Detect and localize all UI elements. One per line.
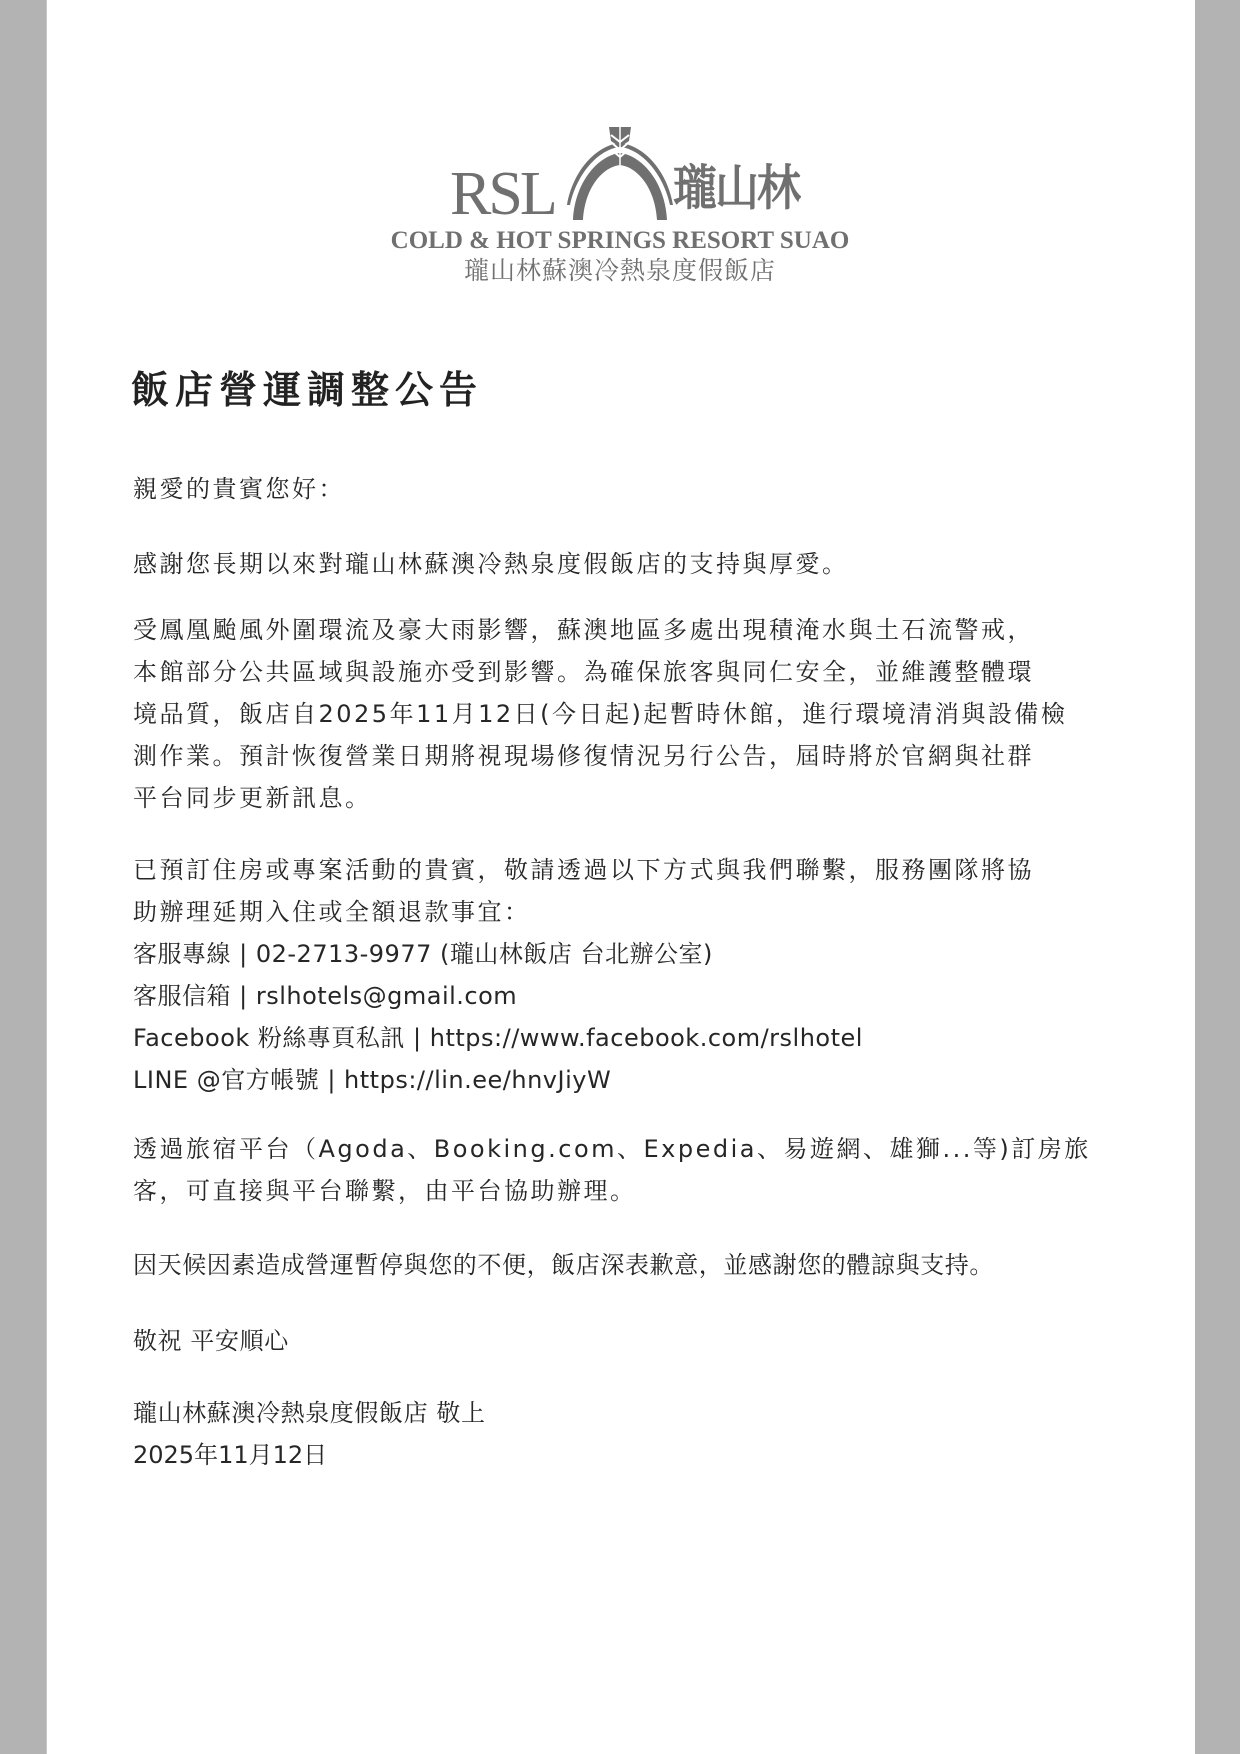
facebook-link[interactable]: https://www.facebook.com/rslhotel — [430, 1024, 863, 1052]
contact-separator: | — [405, 1024, 430, 1052]
contact-separator: | — [231, 982, 256, 1010]
left-margin-band — [0, 0, 47, 1754]
ota-line: 透過旅宿平台（Agoda、Booking.com、Expedia、易遊網、雄獅.… — [133, 1128, 1123, 1170]
arch-wheat-emblem-icon — [565, 125, 675, 220]
notice-line: 平台同步更新訊息。 — [133, 777, 1123, 819]
contact-label: Facebook 粉絲專頁私訊 — [133, 1024, 405, 1052]
logo-brand-chinese: 瓏山林 — [673, 165, 799, 213]
contact-facebook: Facebook 粉絲專頁私訊 | https://www.facebook.c… — [133, 1017, 1123, 1059]
signature: 瓏山林蘇澳冷熱泉度假飯店 敬上 — [133, 1392, 486, 1434]
right-margin-band — [1195, 0, 1240, 1754]
closure-notice-paragraph: 受鳳凰颱風外圍環流及豪大雨影響，蘇澳地區多處出現積淹水與土石流警戒， 本館部分公… — [133, 609, 1123, 819]
logo-tagline-english: COLD & HOT SPRINGS RESORT SUAO — [360, 228, 880, 253]
logo-brand-latin: RSL — [450, 163, 555, 225]
contact-line-app: LINE @官方帳號 | https://lin.ee/hnvJiyW — [133, 1059, 1123, 1101]
announcement-date: 2025年11月12日 — [133, 1434, 327, 1476]
contact-label: 客服信箱 — [133, 982, 231, 1010]
phone-number[interactable]: 02-2713-9977 (瓏山林飯店 台北辦公室) — [256, 940, 713, 968]
apology-paragraph: 因天候因素造成營運暫停與您的不便，飯店深表歉意，並感謝您的體諒與支持。 — [133, 1244, 994, 1286]
email-link[interactable]: rslhotels@gmail.com — [256, 982, 517, 1010]
page-title: 飯店營運調整公告 — [131, 370, 483, 412]
contact-intro-line: 已預訂住房或專案活動的貴賓，敬請透過以下方式與我們聯繫，服務團隊將協 — [133, 849, 1123, 891]
contact-section: 已預訂住房或專案活動的貴賓，敬請透過以下方式與我們聯繫，服務團隊將協 助辦理延期… — [133, 849, 1123, 1101]
closing-wish: 敬祝 平安順心 — [133, 1320, 289, 1362]
contact-separator: | — [319, 1066, 344, 1094]
thanks-paragraph: 感謝您長期以來對瓏山林蘇澳冷熱泉度假飯店的支持與厚愛。 — [133, 543, 849, 585]
notice-line: 測作業。預計恢復營業日期將視現場修復情況另行公告，屆時將於官網與社群 — [133, 735, 1123, 777]
contact-email: 客服信箱 | rslhotels@gmail.com — [133, 975, 1123, 1017]
line-link[interactable]: https://lin.ee/hnvJiyW — [344, 1066, 611, 1094]
notice-line: 受鳳凰颱風外圍環流及豪大雨影響，蘇澳地區多處出現積淹水與土石流警戒， — [133, 609, 1123, 651]
contact-separator: | — [231, 940, 256, 968]
greeting: 親愛的貴賓您好： — [133, 468, 345, 510]
contact-label: 客服專線 — [133, 940, 231, 968]
contact-phone: 客服專線 | 02-2713-9977 (瓏山林飯店 台北辦公室) — [133, 933, 1123, 975]
ota-line: 客，可直接與平台聯繫，由平台協助辦理。 — [133, 1170, 1123, 1212]
hotel-logo: RSL 瓏山林 COLD & HOT SPRINGS RESORT SUAO 瓏… — [360, 125, 880, 295]
notice-line: 本館部分公共區域與設施亦受到影響。為確保旅客與同仁安全，並維護整體環 — [133, 651, 1123, 693]
contact-intro-line: 助辦理延期入住或全額退款事宜： — [133, 891, 1123, 933]
ota-booking-paragraph: 透過旅宿平台（Agoda、Booking.com、Expedia、易遊網、雄獅.… — [133, 1128, 1123, 1212]
logo-hotel-name-chinese: 瓏山林蘇澳冷熱泉度假飯店 — [360, 258, 880, 283]
notice-line: 境品質，飯店自2025年11月12日(今日起)起暫時休館，進行環境清消與設備檢 — [133, 693, 1123, 735]
contact-label: LINE @官方帳號 — [133, 1066, 319, 1094]
